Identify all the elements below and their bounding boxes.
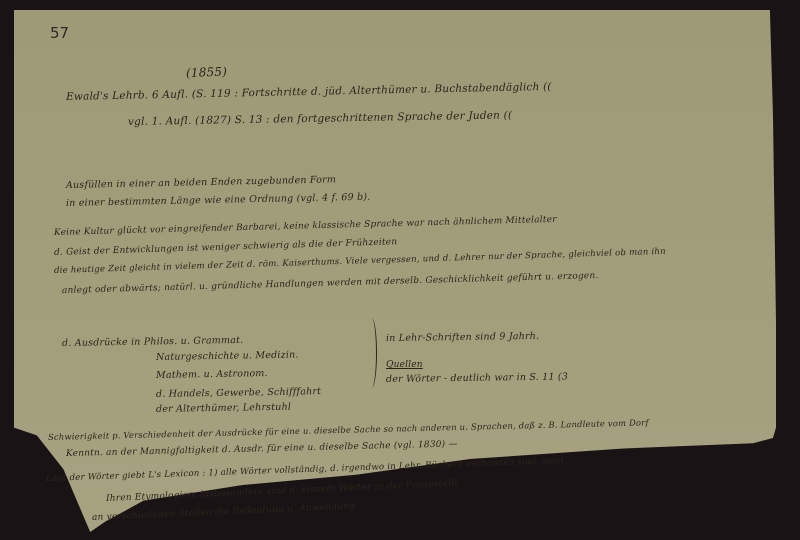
brace-note-1: in Lehr-Schriften sind 9 Jahrh. [386,331,539,344]
page-number: 57 [50,24,69,42]
list-item-2: Mathem. u. Astronom. [156,368,268,381]
list-item-4: der Alterthümer, Lehrstuhl [156,402,291,415]
brace-note-2-label: Quellen [386,360,423,370]
year-annotation: (1855) [186,65,228,80]
